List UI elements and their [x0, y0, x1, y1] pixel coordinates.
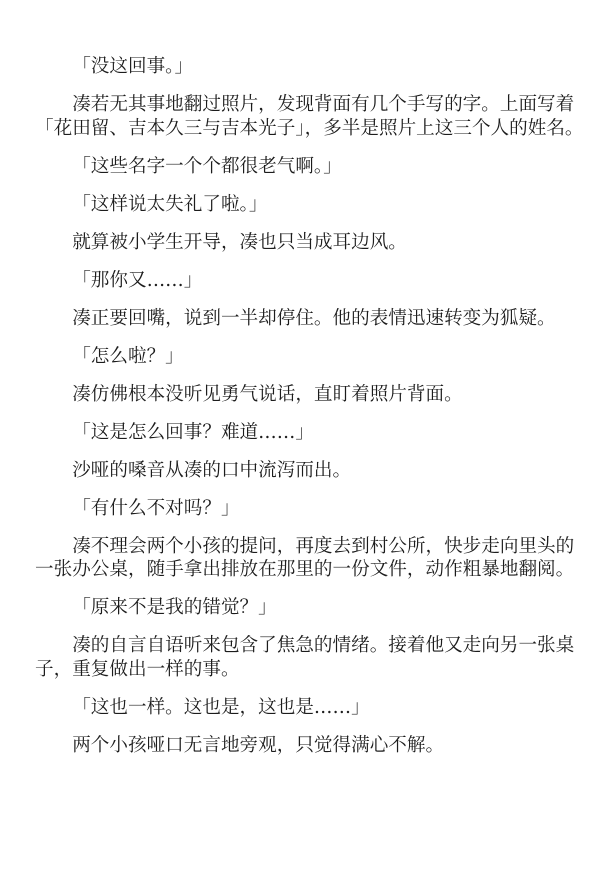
- paragraph: 沙哑的嗓音从凑的口中流泻而出。: [35, 459, 587, 483]
- paragraph: 凑的自言自语听来包含了焦急的情绪。接着他又走向另一张桌子，重复做出一样的事。: [35, 634, 587, 681]
- paragraph: 「这些名字一个个都很老气啊。」: [35, 155, 587, 179]
- paragraph: 「没这回事。」: [35, 55, 587, 79]
- paragraph: 「怎么啦？」: [35, 345, 587, 369]
- paragraph: 凑不理会两个小孩的提问，再度去到村公所，快步走向里头的一张办公桌，随手拿出排放在…: [35, 535, 587, 582]
- paragraph: 凑若无其事地翻过照片，发现背面有几个手写的字。上面写着「花田留、吉本久三与吉本光…: [35, 93, 587, 140]
- paragraph: 凑正要回嘴，说到一半却停住。他的表情迅速转变为狐疑。: [35, 307, 587, 331]
- paragraph: 「这是怎么回事？难道……」: [35, 421, 587, 445]
- paragraph: 「原来不是我的错觉？」: [35, 596, 587, 620]
- paragraph: 「这样说太失礼了啦。」: [35, 193, 587, 217]
- paragraph: 就算被小学生开导，凑也只当成耳边风。: [35, 231, 587, 255]
- paragraph: 凑仿佛根本没听见勇气说话，直盯着照片背面。: [35, 383, 587, 407]
- paragraph: 「那你又……」: [35, 269, 587, 293]
- paragraph: 「有什么不对吗？」: [35, 497, 587, 521]
- paragraph: 「这也一样。这也是，这也是……」: [35, 696, 587, 720]
- paragraph: 两个小孩哑口无言地旁观，只觉得满心不解。: [35, 734, 587, 758]
- book-page: 「没这回事。」 凑若无其事地翻过照片，发现背面有几个手写的字。上面写着「花田留、…: [0, 0, 613, 869]
